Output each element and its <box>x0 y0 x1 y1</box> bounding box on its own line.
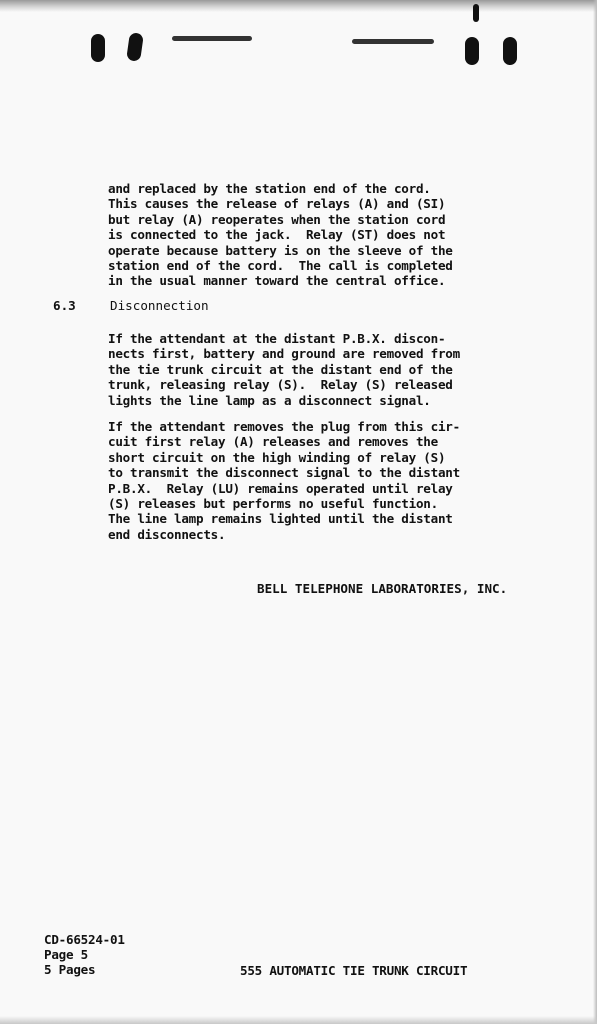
continuation-paragraph: and replaced by the station end of the c… <box>108 181 453 289</box>
footer-doc-number: CD-66524-01 <box>44 932 125 947</box>
section-title: Disconnection <box>110 298 209 313</box>
page-top-edge <box>0 0 597 12</box>
document-page: and replaced by the station end of the c… <box>0 0 597 1024</box>
signature: BELL TELEPHONE LABORATORIES, INC. <box>257 581 507 596</box>
binder-hole-icon <box>465 37 479 65</box>
page-bottom-edge <box>0 1016 597 1024</box>
footer-total-pages: 5 Pages <box>44 962 95 977</box>
paragraph-1: If the attendant at the distant P.B.X. d… <box>108 331 460 408</box>
binder-hole-icon <box>126 32 144 62</box>
staple-mark-icon <box>352 39 434 44</box>
section-number: 6.3 <box>53 298 76 313</box>
footer-circuit-title: 555 AUTOMATIC TIE TRUNK CIRCUIT <box>240 963 467 978</box>
staple-mark-icon <box>172 36 252 41</box>
binder-hole-icon <box>503 37 517 65</box>
paragraph-2: If the attendant removes the plug from t… <box>108 419 460 542</box>
binder-hole-icon <box>91 34 105 62</box>
binder-mark-icon <box>473 4 479 22</box>
footer-page: Page 5 <box>44 947 88 962</box>
page-right-edge <box>593 0 597 1024</box>
